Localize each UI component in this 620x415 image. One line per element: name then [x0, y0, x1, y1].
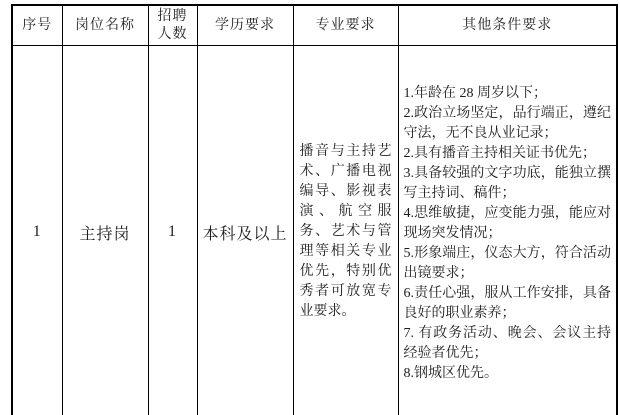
- other-requirement-item: 5.形象端庄，仪态大方，符合活动出镜要求；: [404, 244, 612, 284]
- other-requirement-item: 2.政治立场坚定，品行端正，遵纪守法，无不良从业记录；: [404, 104, 612, 144]
- recruitment-table-page: { "page": { "background_color": "#ffffff…: [0, 0, 620, 415]
- other-requirement-item: 3.具备较强的文字功底，能独立撰写主持词、稿件；: [404, 164, 612, 204]
- major-requirement-text: 播音与主持艺术、广播电视编导、影视表演、航空服务、艺术与管理等相关专业优先，特别…: [300, 142, 392, 322]
- other-requirement-item: 7. 有政务活动、晚会、会议主持经验者优先；: [404, 324, 612, 364]
- header-position-name: 岗位名称: [62, 5, 148, 46]
- other-requirement-item: 1.年龄在 28 周岁以下；: [404, 84, 612, 104]
- cell-position-name: 主持岗: [62, 46, 148, 415]
- header-headcount: 招聘人数: [148, 5, 197, 46]
- header-education-requirement: 学历要求: [197, 5, 293, 46]
- cell-major: 播音与主持艺术、广播电视编导、影视表演、航空服务、艺术与管理等相关专业优先，特别…: [293, 46, 398, 415]
- recruitment-table: 序号 岗位名称 招聘人数 学历要求 专业要求 其他条件要求 1 主持岗 1 本科…: [11, 4, 618, 415]
- other-requirement-item: 6.责任心强，服从工作安排，具备良好的职业素养；: [404, 284, 612, 324]
- other-requirement-item: 8.钢城区优先。: [404, 364, 612, 384]
- other-requirement-item: 4.思维敏捷，应变能力强，能应对现场突发情况；: [404, 204, 612, 244]
- table-row: 1 主持岗 1 本科及以上 播音与主持艺术、广播电视编导、影视表演、航空服务、艺…: [12, 46, 617, 415]
- other-requirement-item: 2.具有播音主持相关证书优先；: [404, 144, 612, 164]
- cell-education: 本科及以上: [197, 46, 293, 415]
- cell-seq: 1: [12, 46, 62, 415]
- header-seq: 序号: [12, 5, 62, 46]
- header-other-requirements: 其他条件要求: [398, 5, 617, 46]
- table-header-row: 序号 岗位名称 招聘人数 学历要求 专业要求 其他条件要求: [12, 5, 617, 46]
- header-major-requirement: 专业要求: [293, 5, 398, 46]
- cell-headcount: 1: [148, 46, 197, 415]
- cell-other-requirements: 1.年龄在 28 周岁以下； 2.政治立场坚定，品行端正，遵纪守法，无不良从业记…: [398, 46, 617, 415]
